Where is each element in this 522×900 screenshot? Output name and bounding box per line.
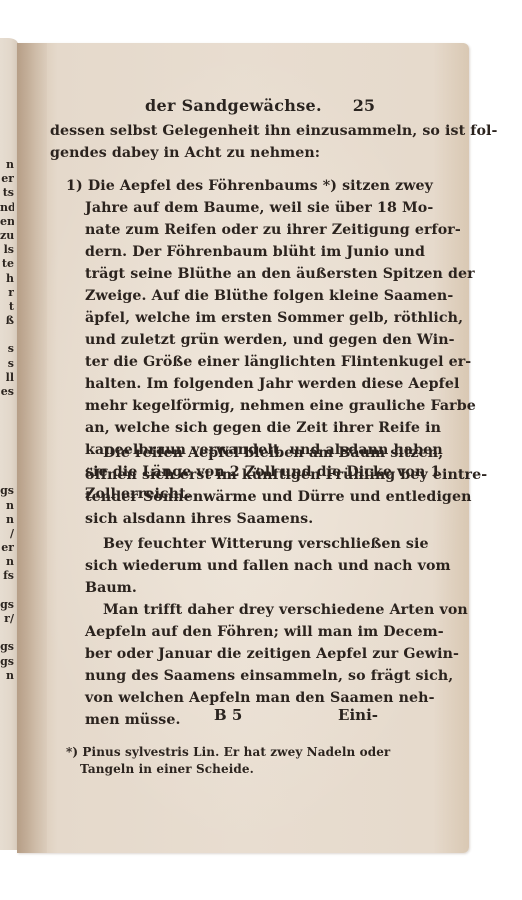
- left-page-fragment: [0, 456, 14, 470]
- text-line: Baum.: [85, 580, 137, 596]
- text-line: tender Sonnenwärme und Dürre und entledi…: [85, 489, 380, 505]
- text-line: äpfel, welche im ersten Sommer gelb, röt…: [85, 310, 380, 326]
- text-line: und zuletzt grün werden, und gegen den W…: [85, 332, 380, 348]
- text-line: Jahre auf dem Baume, weil sie über 18 Mo…: [85, 200, 380, 216]
- left-page-fragment: nd: [0, 201, 14, 215]
- left-page-fragment: ls: [0, 243, 14, 257]
- text-line: 1) Die Aepfel des Föhrenbaums *) sitzen …: [66, 178, 380, 194]
- text-line: Zweige. Auf die Blüthe folgen kleine Saa…: [85, 288, 380, 304]
- text-line: ter die Größe einer länglichten Flintenk…: [85, 354, 380, 370]
- left-page-fragment: n: [0, 555, 14, 569]
- catchword: Eini-: [338, 706, 378, 724]
- left-page-fragment: [0, 399, 14, 413]
- text-line: an, welche sich gegen die Zeit ihrer Rei…: [85, 420, 380, 436]
- left-page-fragment: fs: [0, 569, 14, 583]
- left-page-fragment: gs: [0, 655, 14, 669]
- left-page-fragment: /: [0, 527, 14, 541]
- left-page-fragment: [0, 428, 14, 442]
- left-page-fragment: gs: [0, 484, 14, 498]
- left-page-fragment: [0, 413, 14, 427]
- signature-line: B 5 Eini-: [50, 706, 380, 726]
- left-page-fragment: ts: [0, 186, 14, 200]
- left-page-fragment: [0, 626, 14, 640]
- left-page-fragment: ll: [0, 371, 14, 385]
- text-line: trägt seine Blüthe an den äußersten Spit…: [85, 266, 380, 282]
- text-line: sich wiederum und fallen nach und nach v…: [85, 558, 380, 574]
- text-line: gendes dabey in Acht zu nehmen:: [50, 145, 320, 161]
- text-line: ber oder Januar die zeitigen Aepfel zur …: [85, 646, 380, 662]
- left-page-fragment: n: [0, 513, 14, 527]
- signature-mark: B 5: [214, 706, 242, 724]
- left-page-fragment: er: [0, 541, 14, 555]
- left-page-fragment: [0, 470, 14, 484]
- text-line: mehr kegelförmig, nehmen eine grauliche …: [85, 398, 380, 414]
- left-page-fragment: t: [0, 300, 14, 314]
- left-page-fragment: r/: [0, 612, 14, 626]
- left-page-fragment: [0, 328, 14, 342]
- text-line: Die reifen Aepfel bleiben am Baum sitzen…: [103, 445, 380, 461]
- left-page-fragment: n: [0, 158, 14, 172]
- running-head: der Sandgewächse. 25: [50, 96, 380, 116]
- left-page-edge: nertsndenzulstehrtßssllesgsnn/ernfsgsr/g…: [0, 38, 18, 850]
- left-page-fragment: n: [0, 669, 14, 683]
- running-head-title: der Sandgewächse.: [145, 96, 322, 115]
- left-page-fragment: en: [0, 215, 14, 229]
- left-page-fragment: ß: [0, 314, 14, 328]
- left-page-fragment: zu: [0, 229, 14, 243]
- text-line: nung des Saamens einsammeln, so frägt si…: [85, 668, 380, 684]
- left-page-fragment: es: [0, 385, 14, 399]
- left-page-fragment: s: [0, 357, 14, 371]
- left-page-text-fragments: nertsndenzulstehrtßssllesgsnn/ernfsgsr/g…: [0, 158, 14, 683]
- gutter-shadow: [17, 43, 47, 853]
- page-number: 25: [353, 96, 375, 115]
- left-page-fragment: te: [0, 257, 14, 271]
- left-page-fragment: s: [0, 342, 14, 356]
- left-page-fragment: h: [0, 272, 14, 286]
- text-line: Bey feuchter Witterung verschließen sie: [103, 536, 380, 552]
- text-line: sich alsdann ihres Saamens.: [85, 511, 313, 527]
- text-line: von welchen Aepfeln man den Saamen neh-: [85, 690, 380, 706]
- left-page-fragment: gs: [0, 598, 14, 612]
- text-line: nate zum Reifen oder zu ihrer Zeitigung …: [85, 222, 380, 238]
- left-page-fragment: [0, 584, 14, 598]
- text-line: Man trifft daher drey verschiedene Arten…: [103, 602, 380, 618]
- left-page-fragment: r: [0, 286, 14, 300]
- footnote-line: Tangeln in einer Scheide.: [80, 762, 254, 776]
- left-page-fragment: n: [0, 499, 14, 513]
- left-page-fragment: [0, 442, 14, 456]
- text-line: dern. Der Föhrenbaum blüht im Junio und: [85, 244, 380, 260]
- footnote-line: *) Pinus sylvestris Lin. Er hat zwey Nad…: [66, 745, 380, 759]
- text-line: halten. Im folgenden Jahr werden diese A…: [85, 376, 380, 392]
- text-line: Aepfeln auf den Föhren; will man im Dece…: [85, 624, 380, 640]
- left-page-fragment: er: [0, 172, 14, 186]
- text-line: dessen selbst Gelegenheit ihn einzusamme…: [50, 123, 380, 139]
- text-line: öffnen sich erst im künftigen Frühling b…: [85, 467, 380, 483]
- left-page-fragment: gs: [0, 640, 14, 654]
